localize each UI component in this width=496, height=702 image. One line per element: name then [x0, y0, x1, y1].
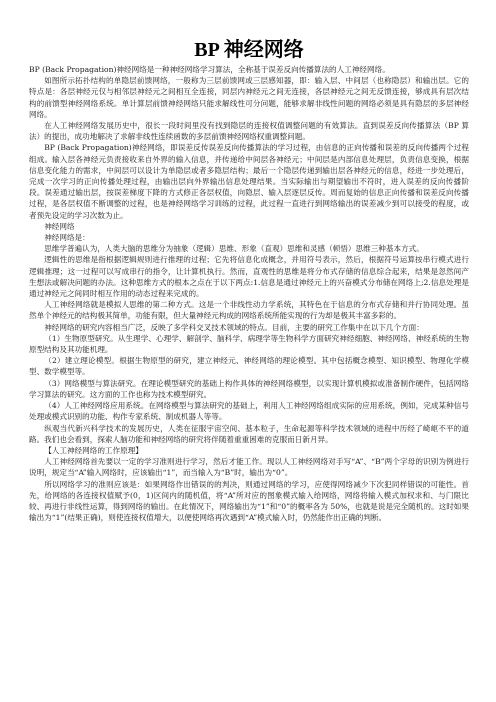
paragraph: 思维学普遍认为，人类大脑的思维分为抽象（逻辑）思维、形象（直观）思维和灵感（顿悟…	[29, 243, 469, 254]
paragraph: 神经网络	[29, 221, 469, 232]
paragraph: 人工神经网络首先要以一定的学习准则进行学习，然后才能工作。现以人工神经网络对手写…	[29, 456, 469, 478]
paragraph: 人工神经网络就是模拟人思维的第二种方式。这是一个非线性动力学系统，其特色在于信息…	[29, 299, 469, 321]
paragraph: 逻辑性的思维是指根据逻辑规则进行推理的过程；它先将信息化成概念，并用符号表示，然…	[29, 254, 469, 299]
paragraph: 所以网络学习的准则应该是：如果网络作出错误的的判决，则通过网络的学习，应使得网络…	[29, 479, 469, 524]
paragraph: 在人工神经网络发展历史中，很长一段时间里没有找到隐层的连接权值调整问题的有效算法…	[29, 120, 469, 142]
paragraph: 神经网络是：	[29, 232, 469, 243]
document-page: BP 神经网络 BP (Back Propagation)神经网络是一种神经网络…	[29, 0, 469, 523]
paragraph: 【人工神经网络的工作原理】	[29, 445, 469, 456]
paragraph: 神经网络的研究内容相当广泛，反映了多学科交叉技术领域的特点。目前，主要的研究工作…	[29, 322, 469, 333]
paragraph: （1）生物原型研究。从生理学、心理学、解剖学、脑科学、病理学等生物科学方面研究神…	[29, 333, 469, 355]
paragraph: BP (Back Propagation)神经网络是一种神经网络学习算法，全称基…	[29, 64, 469, 75]
paragraph: BP (Back Propagation)神经网络，即误差反传误差反向传播算法的…	[29, 142, 469, 220]
paragraph: （4）人工神经网络应用系统。在网络模型与算法研究的基础上，利用人工神经网络组成实…	[29, 400, 469, 422]
paragraph: （2）建立理论模型。根据生物原型的研究，建立神经元、神经网络的理论模型。其中包括…	[29, 355, 469, 377]
paragraph: 纵观当代新兴科学技术的发展历史，人类在征服宇宙空间、基本粒子，生命起源等科学技术…	[29, 423, 469, 445]
paragraph: 如图所示拓扑结构的单隐层前馈网络，一般称为三层前馈网或三层感知器，即：输入层、中…	[29, 75, 469, 120]
paragraph: （3）网络模型与算法研究。在理论模型研究的基础上构作具体的神经网络模型，以实现计…	[29, 378, 469, 400]
document-body: BP (Back Propagation)神经网络是一种神经网络学习算法，全称基…	[29, 64, 469, 523]
document-title: BP 神经网络	[29, 38, 469, 62]
